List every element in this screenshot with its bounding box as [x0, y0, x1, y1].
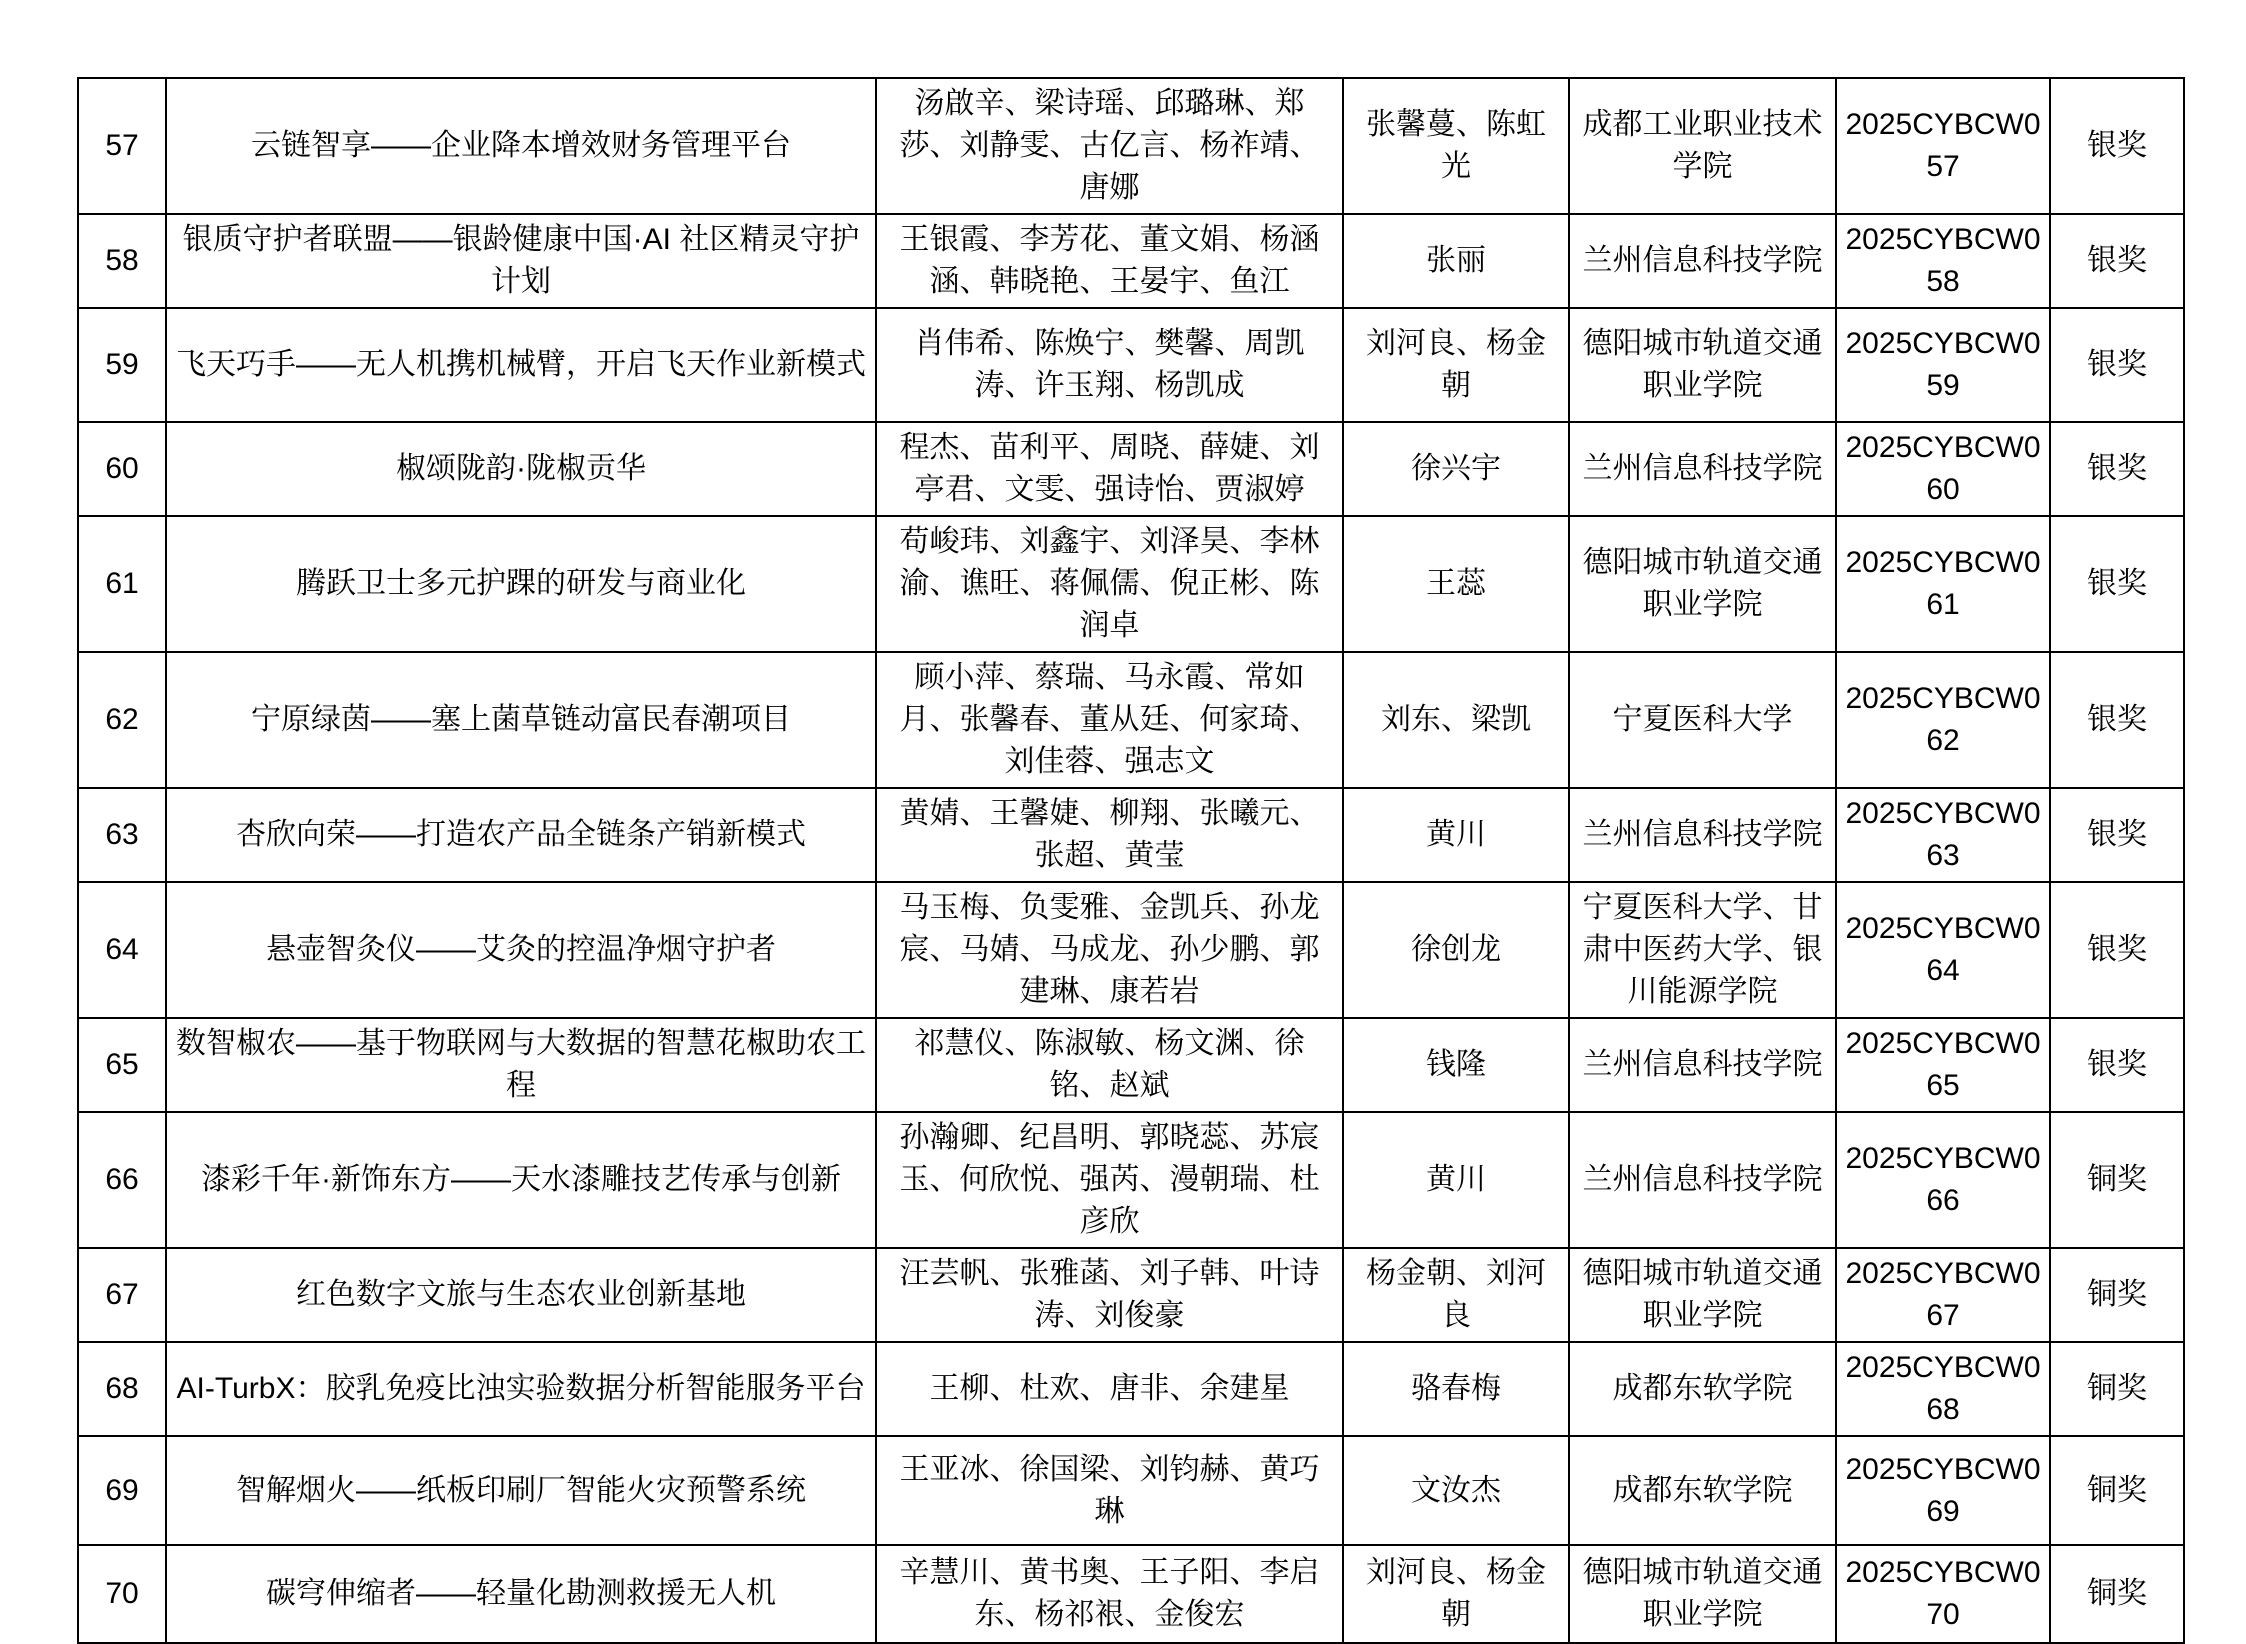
cell-school: 德阳城市轨道交通职业学院	[1569, 308, 1836, 422]
cell-award: 银奖	[2050, 516, 2184, 652]
cell-no: 68	[78, 1342, 166, 1436]
cell-no: 62	[78, 652, 166, 788]
cell-project: 碳穹伸缩者——轻量化勘测救援无人机	[166, 1545, 876, 1643]
cell-no: 67	[78, 1248, 166, 1342]
cell-project: 红色数字文旅与生态农业创新基地	[166, 1248, 876, 1342]
cell-code: 2025CYBCW062	[1836, 652, 2050, 788]
cell-advisors: 徐创龙	[1343, 882, 1569, 1018]
cell-code: 2025CYBCW067	[1836, 1248, 2050, 1342]
table-row: 67红色数字文旅与生态农业创新基地汪芸帆、张雅菡、刘子韩、叶诗涛、刘俊豪杨金朝、…	[78, 1248, 2184, 1342]
cell-school: 兰州信息科技学院	[1569, 788, 1836, 882]
cell-award: 银奖	[2050, 788, 2184, 882]
cell-members: 王柳、杜欢、唐非、余建星	[876, 1342, 1343, 1436]
cell-members: 顾小萍、蔡瑞、马永霞、常如月、张馨春、董从廷、何家琦、刘佳蓉、强志文	[876, 652, 1343, 788]
cell-school: 德阳城市轨道交通职业学院	[1569, 516, 1836, 652]
cell-school: 宁夏医科大学、甘肃中医药大学、银川能源学院	[1569, 882, 1836, 1018]
cell-project: 腾跃卫士多元护踝的研发与商业化	[166, 516, 876, 652]
cell-project: 智解烟火——纸板印刷厂智能火灾预警系统	[166, 1436, 876, 1545]
cell-award: 银奖	[2050, 308, 2184, 422]
cell-code: 2025CYBCW068	[1836, 1342, 2050, 1436]
cell-members: 孙瀚卿、纪昌明、郭晓蕊、苏宸玉、何欣悦、强芮、漫朝瑞、杜彦欣	[876, 1112, 1343, 1248]
cell-members: 程杰、苗利平、周晓、薛婕、刘亭君、文雯、强诗怡、贾淑婷	[876, 422, 1343, 516]
cell-project: 漆彩千年·新饰东方——天水漆雕技艺传承与创新	[166, 1112, 876, 1248]
cell-school: 兰州信息科技学院	[1569, 1112, 1836, 1248]
cell-school: 兰州信息科技学院	[1569, 214, 1836, 308]
cell-award: 银奖	[2050, 652, 2184, 788]
cell-advisors: 黄川	[1343, 1112, 1569, 1248]
table-row: 66漆彩千年·新饰东方——天水漆雕技艺传承与创新孙瀚卿、纪昌明、郭晓蕊、苏宸玉、…	[78, 1112, 2184, 1248]
cell-award: 铜奖	[2050, 1342, 2184, 1436]
table-row: 61腾跃卫士多元护踝的研发与商业化苟峻玮、刘鑫宇、刘泽昊、李林渝、谯旺、蒋佩儒、…	[78, 516, 2184, 652]
cell-project: 云链智享——企业降本增效财务管理平台	[166, 78, 876, 214]
cell-no: 65	[78, 1018, 166, 1112]
cell-members: 汤啟辛、梁诗瑶、邱璐琳、郑莎、刘静雯、古亿言、杨祚靖、唐娜	[876, 78, 1343, 214]
cell-advisors: 杨金朝、刘河良	[1343, 1248, 1569, 1342]
cell-project: AI-TurbX：胶乳免疫比浊实验数据分析智能服务平台	[166, 1342, 876, 1436]
cell-code: 2025CYBCW058	[1836, 214, 2050, 308]
cell-award: 银奖	[2050, 882, 2184, 1018]
table-row: 60椒颂陇韵·陇椒贡华程杰、苗利平、周晓、薛婕、刘亭君、文雯、强诗怡、贾淑婷徐兴…	[78, 422, 2184, 516]
cell-award: 铜奖	[2050, 1248, 2184, 1342]
cell-project: 宁原绿茵——塞上菌草链动富民春潮项目	[166, 652, 876, 788]
table-row: 63杏欣向荣——打造农产品全链条产销新模式黄婧、王馨婕、柳翔、张曦元、张超、黄莹…	[78, 788, 2184, 882]
cell-code: 2025CYBCW059	[1836, 308, 2050, 422]
cell-advisors: 黄川	[1343, 788, 1569, 882]
cell-members: 汪芸帆、张雅菡、刘子韩、叶诗涛、刘俊豪	[876, 1248, 1343, 1342]
cell-award: 银奖	[2050, 422, 2184, 516]
document-page: 57云链智享——企业降本增效财务管理平台汤啟辛、梁诗瑶、邱璐琳、郑莎、刘静雯、古…	[0, 0, 2246, 1587]
cell-code: 2025CYBCW064	[1836, 882, 2050, 1018]
cell-advisors: 徐兴宇	[1343, 422, 1569, 516]
cell-members: 马玉梅、负雯雅、金凯兵、孙龙宸、马婧、马成龙、孙少鹏、郭建琳、康若岩	[876, 882, 1343, 1018]
cell-members: 王亚冰、徐国梁、刘钧赫、黄巧琳	[876, 1436, 1343, 1545]
table-row: 59飞天巧手——无人机携机械臂，开启飞天作业新模式肖伟希、陈焕宁、樊馨、周凯涛、…	[78, 308, 2184, 422]
cell-advisors: 刘东、梁凯	[1343, 652, 1569, 788]
table-row: 70碳穹伸缩者——轻量化勘测救援无人机辛慧川、黄书奥、王子阳、李启东、杨祁裉、金…	[78, 1545, 2184, 1643]
cell-advisors: 骆春梅	[1343, 1342, 1569, 1436]
cell-award: 银奖	[2050, 78, 2184, 214]
cell-code: 2025CYBCW066	[1836, 1112, 2050, 1248]
cell-no: 63	[78, 788, 166, 882]
cell-award: 铜奖	[2050, 1112, 2184, 1248]
cell-no: 66	[78, 1112, 166, 1248]
cell-code: 2025CYBCW060	[1836, 422, 2050, 516]
cell-project: 椒颂陇韵·陇椒贡华	[166, 422, 876, 516]
table-row: 57云链智享——企业降本增效财务管理平台汤啟辛、梁诗瑶、邱璐琳、郑莎、刘静雯、古…	[78, 78, 2184, 214]
awards-table-body: 57云链智享——企业降本增效财务管理平台汤啟辛、梁诗瑶、邱璐琳、郑莎、刘静雯、古…	[78, 78, 2184, 1643]
table-row: 64悬壶智灸仪——艾灸的控温净烟守护者马玉梅、负雯雅、金凯兵、孙龙宸、马婧、马成…	[78, 882, 2184, 1018]
cell-project: 数智椒农——基于物联网与大数据的智慧花椒助农工程	[166, 1018, 876, 1112]
cell-project: 飞天巧手——无人机携机械臂，开启飞天作业新模式	[166, 308, 876, 422]
cell-award: 银奖	[2050, 1018, 2184, 1112]
cell-award: 铜奖	[2050, 1436, 2184, 1545]
cell-members: 王银霞、李芳花、董文娟、杨涵涵、韩晓艳、王晏宇、鱼江	[876, 214, 1343, 308]
cell-project: 悬壶智灸仪——艾灸的控温净烟守护者	[166, 882, 876, 1018]
cell-code: 2025CYBCW070	[1836, 1545, 2050, 1643]
cell-code: 2025CYBCW063	[1836, 788, 2050, 882]
cell-project: 银质守护者联盟——银龄健康中国·AI 社区精灵守护计划	[166, 214, 876, 308]
table-row: 58银质守护者联盟——银龄健康中国·AI 社区精灵守护计划王银霞、李芳花、董文娟…	[78, 214, 2184, 308]
cell-advisors: 王蕊	[1343, 516, 1569, 652]
cell-school: 成都东软学院	[1569, 1436, 1836, 1545]
cell-advisors: 张馨蔓、陈虹光	[1343, 78, 1569, 214]
cell-school: 德阳城市轨道交通职业学院	[1569, 1545, 1836, 1643]
cell-no: 61	[78, 516, 166, 652]
cell-school: 兰州信息科技学院	[1569, 1018, 1836, 1112]
cell-members: 黄婧、王馨婕、柳翔、张曦元、张超、黄莹	[876, 788, 1343, 882]
cell-code: 2025CYBCW069	[1836, 1436, 2050, 1545]
cell-code: 2025CYBCW057	[1836, 78, 2050, 214]
cell-no: 60	[78, 422, 166, 516]
cell-no: 70	[78, 1545, 166, 1643]
cell-advisors: 文汝杰	[1343, 1436, 1569, 1545]
cell-members: 祁慧仪、陈淑敏、杨文渊、徐铭、赵斌	[876, 1018, 1343, 1112]
cell-school: 德阳城市轨道交通职业学院	[1569, 1248, 1836, 1342]
cell-no: 57	[78, 78, 166, 214]
cell-advisors: 刘河良、杨金朝	[1343, 308, 1569, 422]
cell-advisors: 刘河良、杨金朝	[1343, 1545, 1569, 1643]
cell-code: 2025CYBCW065	[1836, 1018, 2050, 1112]
cell-school: 成都东软学院	[1569, 1342, 1836, 1436]
cell-school: 宁夏医科大学	[1569, 652, 1836, 788]
table-row: 69智解烟火——纸板印刷厂智能火灾预警系统王亚冰、徐国梁、刘钧赫、黄巧琳文汝杰成…	[78, 1436, 2184, 1545]
cell-no: 64	[78, 882, 166, 1018]
awards-table: 57云链智享——企业降本增效财务管理平台汤啟辛、梁诗瑶、邱璐琳、郑莎、刘静雯、古…	[77, 77, 2185, 1644]
cell-advisors: 钱隆	[1343, 1018, 1569, 1112]
cell-no: 59	[78, 308, 166, 422]
cell-award: 银奖	[2050, 214, 2184, 308]
cell-school: 成都工业职业技术学院	[1569, 78, 1836, 214]
cell-code: 2025CYBCW061	[1836, 516, 2050, 652]
cell-members: 辛慧川、黄书奥、王子阳、李启东、杨祁裉、金俊宏	[876, 1545, 1343, 1643]
cell-no: 58	[78, 214, 166, 308]
table-row: 65数智椒农——基于物联网与大数据的智慧花椒助农工程祁慧仪、陈淑敏、杨文渊、徐铭…	[78, 1018, 2184, 1112]
cell-award: 铜奖	[2050, 1545, 2184, 1643]
table-row: 68AI-TurbX：胶乳免疫比浊实验数据分析智能服务平台王柳、杜欢、唐非、余建…	[78, 1342, 2184, 1436]
cell-project: 杏欣向荣——打造农产品全链条产销新模式	[166, 788, 876, 882]
cell-advisors: 张丽	[1343, 214, 1569, 308]
cell-school: 兰州信息科技学院	[1569, 422, 1836, 516]
cell-no: 69	[78, 1436, 166, 1545]
cell-members: 肖伟希、陈焕宁、樊馨、周凯涛、许玉翔、杨凯成	[876, 308, 1343, 422]
table-row: 62宁原绿茵——塞上菌草链动富民春潮项目顾小萍、蔡瑞、马永霞、常如月、张馨春、董…	[78, 652, 2184, 788]
cell-members: 苟峻玮、刘鑫宇、刘泽昊、李林渝、谯旺、蒋佩儒、倪正彬、陈润卓	[876, 516, 1343, 652]
